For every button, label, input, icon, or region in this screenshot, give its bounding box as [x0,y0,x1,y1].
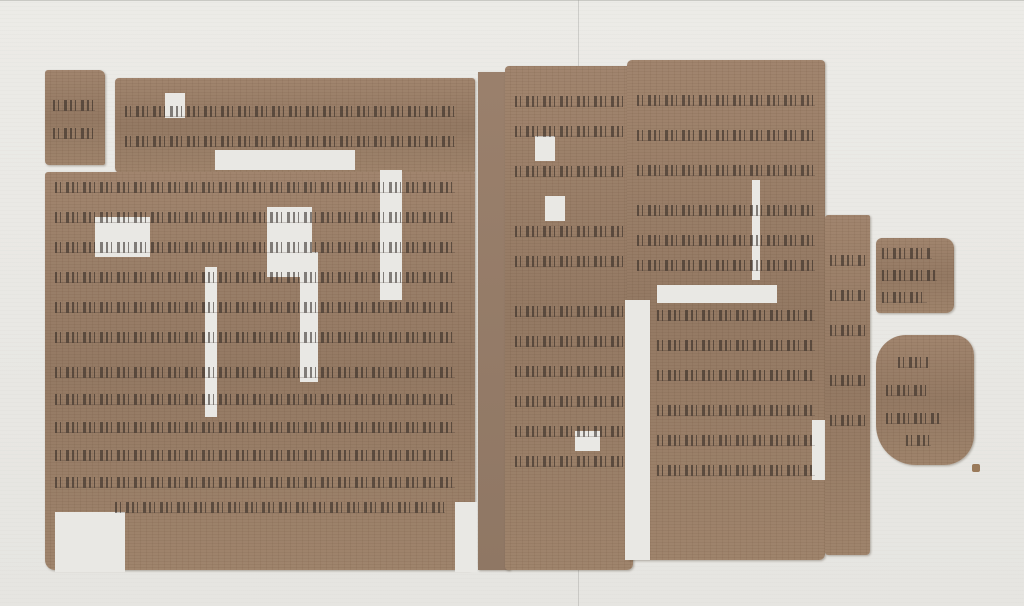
papyrus-fragment-middle [505,66,633,570]
script-line [53,128,93,139]
script-line [53,100,95,111]
script-line [515,456,623,467]
papyrus-fragment-right-column [825,215,870,555]
mount-seam-horizontal [0,0,1024,1]
papyrus-fragment-small-bottom [876,335,974,465]
script-line [637,205,815,216]
script-line [637,235,815,246]
script-line [55,332,455,343]
script-line [515,306,623,317]
script-line [115,502,445,513]
script-line [882,292,927,303]
script-line [55,477,455,488]
script-line [657,340,815,351]
script-line [657,465,815,476]
script-line [882,248,932,259]
script-line [637,130,815,141]
script-line [637,95,815,106]
lacuna [625,300,650,560]
script-line [515,426,623,437]
lacuna [657,285,777,303]
script-line [55,367,455,378]
script-line [830,415,865,426]
script-line [657,370,815,381]
script-line [657,435,815,446]
script-line [886,413,941,424]
script-line [515,396,623,407]
script-line [55,212,455,223]
script-line [637,260,815,271]
script-line [830,290,865,301]
script-line [906,435,931,446]
script-line [55,302,455,313]
lacuna [535,136,555,161]
script-line [515,226,623,237]
script-line [515,126,623,137]
script-line [515,336,623,347]
script-line [55,450,455,461]
script-line [55,422,455,433]
script-line [830,325,865,336]
lacuna [545,196,565,221]
lacuna [55,512,125,572]
script-line [515,366,623,377]
script-line [830,255,865,266]
lacuna [455,502,477,572]
script-line [55,394,455,405]
script-line [55,182,455,193]
script-line [55,272,455,283]
papyrus-fragment-right [627,60,825,560]
script-line [125,106,455,117]
script-line [55,242,455,253]
papyrus-fragment-left-top [45,70,105,165]
script-line [515,166,623,177]
script-line [886,385,926,396]
script-line [830,375,865,386]
script-line [515,96,623,107]
script-line [515,256,623,267]
script-line [125,136,455,147]
papyrus-speck [972,464,980,472]
papyrus-fragment-main-left [45,172,475,570]
script-line [882,270,937,281]
script-line [637,165,815,176]
papyrus-fragment-upper-left [115,78,475,173]
script-line [657,405,815,416]
papyrus-fragment-small-top [876,238,954,313]
lacuna [215,150,355,170]
script-line [898,357,928,368]
script-line [657,310,815,321]
